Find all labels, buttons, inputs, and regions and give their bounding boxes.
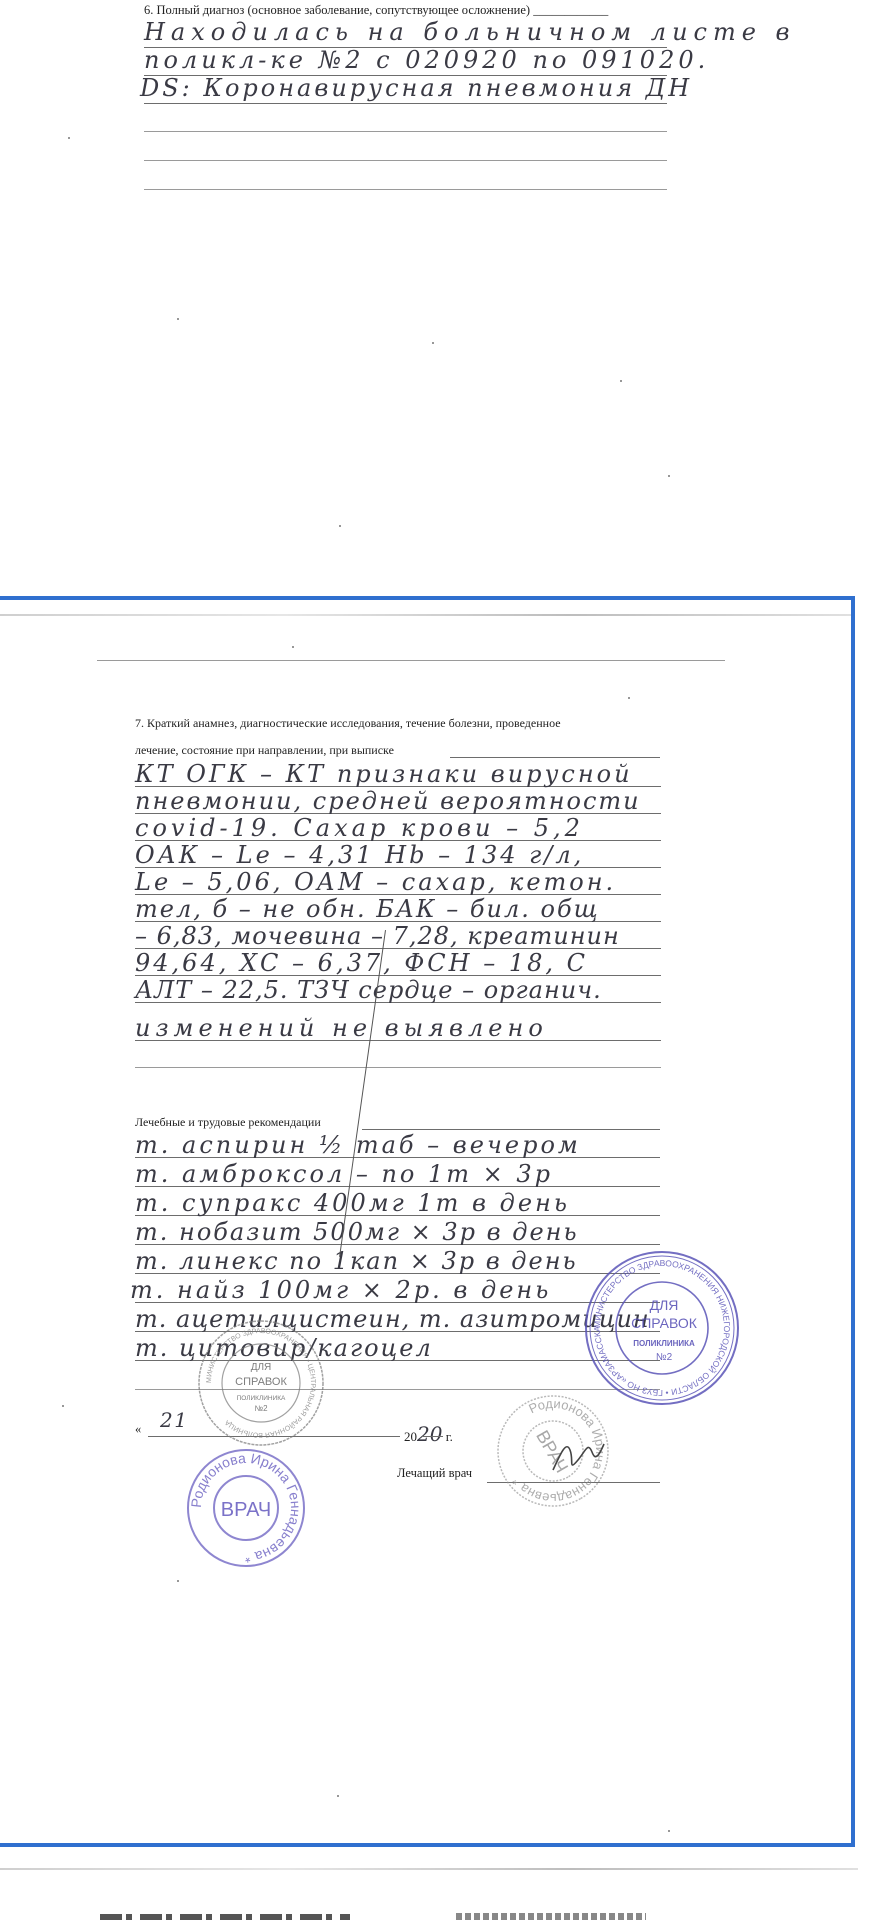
rule (450, 757, 660, 758)
svg-text:СПРАВОК: СПРАВОК (631, 1315, 698, 1331)
anamnesis-line: тел, б – не обн. БАК – бил. общ (135, 895, 600, 923)
recommendation-line: т. амброксол – по 1т × 3р (135, 1160, 553, 1188)
anamnesis-line: КТ ОГК – КТ признаки вирусной (135, 760, 633, 788)
scan-speck (177, 1580, 179, 1582)
recommendation-line: т. аспирин ½ таб – вечером (135, 1131, 581, 1159)
doctor-label: Лечащий врач (397, 1466, 472, 1481)
cut-off-heading (100, 1914, 350, 1920)
polyclinic-stamp-left: МИНИСТЕРСТВО ЗДРАВООХРАНЕНИЯ • ЦЕНТРАЛЬН… (196, 1318, 326, 1448)
svg-text:№2: №2 (656, 1352, 673, 1363)
anamnesis-line: изменений не выявлено (135, 1014, 548, 1042)
recommendation-line: т. найз 100мг × 2р. в день (130, 1276, 551, 1304)
doctor-signature (548, 1430, 608, 1480)
svg-text:ДЛЯ: ДЛЯ (251, 1362, 272, 1373)
scan-speck (628, 697, 630, 699)
svg-text:ПОЛИКЛИНИКА: ПОЛИКЛИНИКА (633, 1339, 695, 1348)
polyclinic-stamp-right: МИНИСТЕРСТВО ЗДРАВООХРАНЕНИЯ НИЖЕГОРОДСК… (582, 1248, 742, 1408)
rule (362, 1129, 660, 1130)
recommendations-label: Лечебные и трудовые рекомендации (135, 1115, 321, 1130)
date-day: 21 (160, 1408, 188, 1432)
rule (421, 1436, 443, 1437)
svg-text:ДЛЯ: ДЛЯ (650, 1297, 679, 1313)
section7-label-line1: 7. Краткий анамнез, диагностические иссл… (135, 716, 561, 731)
diagnosis-line: DS: Коронавирусная пневмония ДН (140, 74, 692, 102)
svg-text:ВРАЧ: ВРАЧ (221, 1499, 271, 1521)
diagnosis-line: Находилась на больничном листе в (144, 18, 796, 46)
anamnesis-line: ОАК – Le – 4,31 Hb – 134 г/л, (135, 841, 584, 869)
rule (144, 160, 667, 161)
anamnesis-line: Le – 5,06, ОАМ – сахар, кетон. (135, 868, 616, 896)
svg-text:№2: №2 (254, 1404, 268, 1413)
scan-speck (62, 1405, 64, 1407)
recommendation-line: т. супракс 400мг 1т в день (135, 1189, 570, 1217)
svg-text:ПОЛИКЛИНИКА: ПОЛИКЛИНИКА (237, 1395, 286, 1402)
anamnesis-line: covid-19. Сахар крови – 5,2 (135, 814, 584, 842)
scan-speck (68, 137, 70, 139)
rule (144, 131, 667, 132)
page-edge (0, 614, 851, 616)
scan-speck (339, 525, 341, 527)
rule (144, 189, 667, 190)
section7-label-line2: лечение, состояние при направлении, при … (135, 743, 394, 758)
anamnesis-line: АЛТ – 22,5. ТЗЧ сердце – органич. (135, 976, 602, 1004)
scan-speck (292, 646, 294, 648)
date-year: 2020 г. (404, 1422, 453, 1446)
recommendation-line: т. нобазит 500мг × 3р в день (135, 1218, 579, 1246)
rule (144, 103, 667, 104)
scan-speck (668, 1830, 670, 1832)
scan-speck (620, 380, 622, 382)
diagnosis-line: поликл-ке №2 с 020920 по 091020. (144, 46, 709, 74)
scan-speck (668, 475, 670, 477)
anamnesis-line: 94,64, ХС – 6,37, ФСН – 18, С (135, 949, 588, 977)
cut-off-text (456, 1913, 646, 1920)
section6-label: 6. Полный диагноз (основное заболевание,… (144, 3, 608, 18)
anamnesis-line: – 6,83, мочевина – 7,28, креатинин (135, 922, 620, 950)
recommendation-line: т. линекс по 1кап × 3р в день (135, 1247, 578, 1275)
svg-text:СПРАВОК: СПРАВОК (235, 1376, 287, 1388)
scan-speck (432, 342, 434, 344)
rule (135, 1067, 661, 1068)
scan-speck (337, 1795, 339, 1797)
date-open-quote: « (135, 1422, 141, 1437)
anamnesis-line: пневмонии, средней вероятности (135, 787, 641, 815)
rule (97, 660, 725, 661)
scan-speck (177, 318, 179, 320)
doctor-stamp-left: Родионова Ирина Геннадьевна * ВРАЧ (184, 1446, 308, 1570)
page-edge (0, 1868, 858, 1870)
